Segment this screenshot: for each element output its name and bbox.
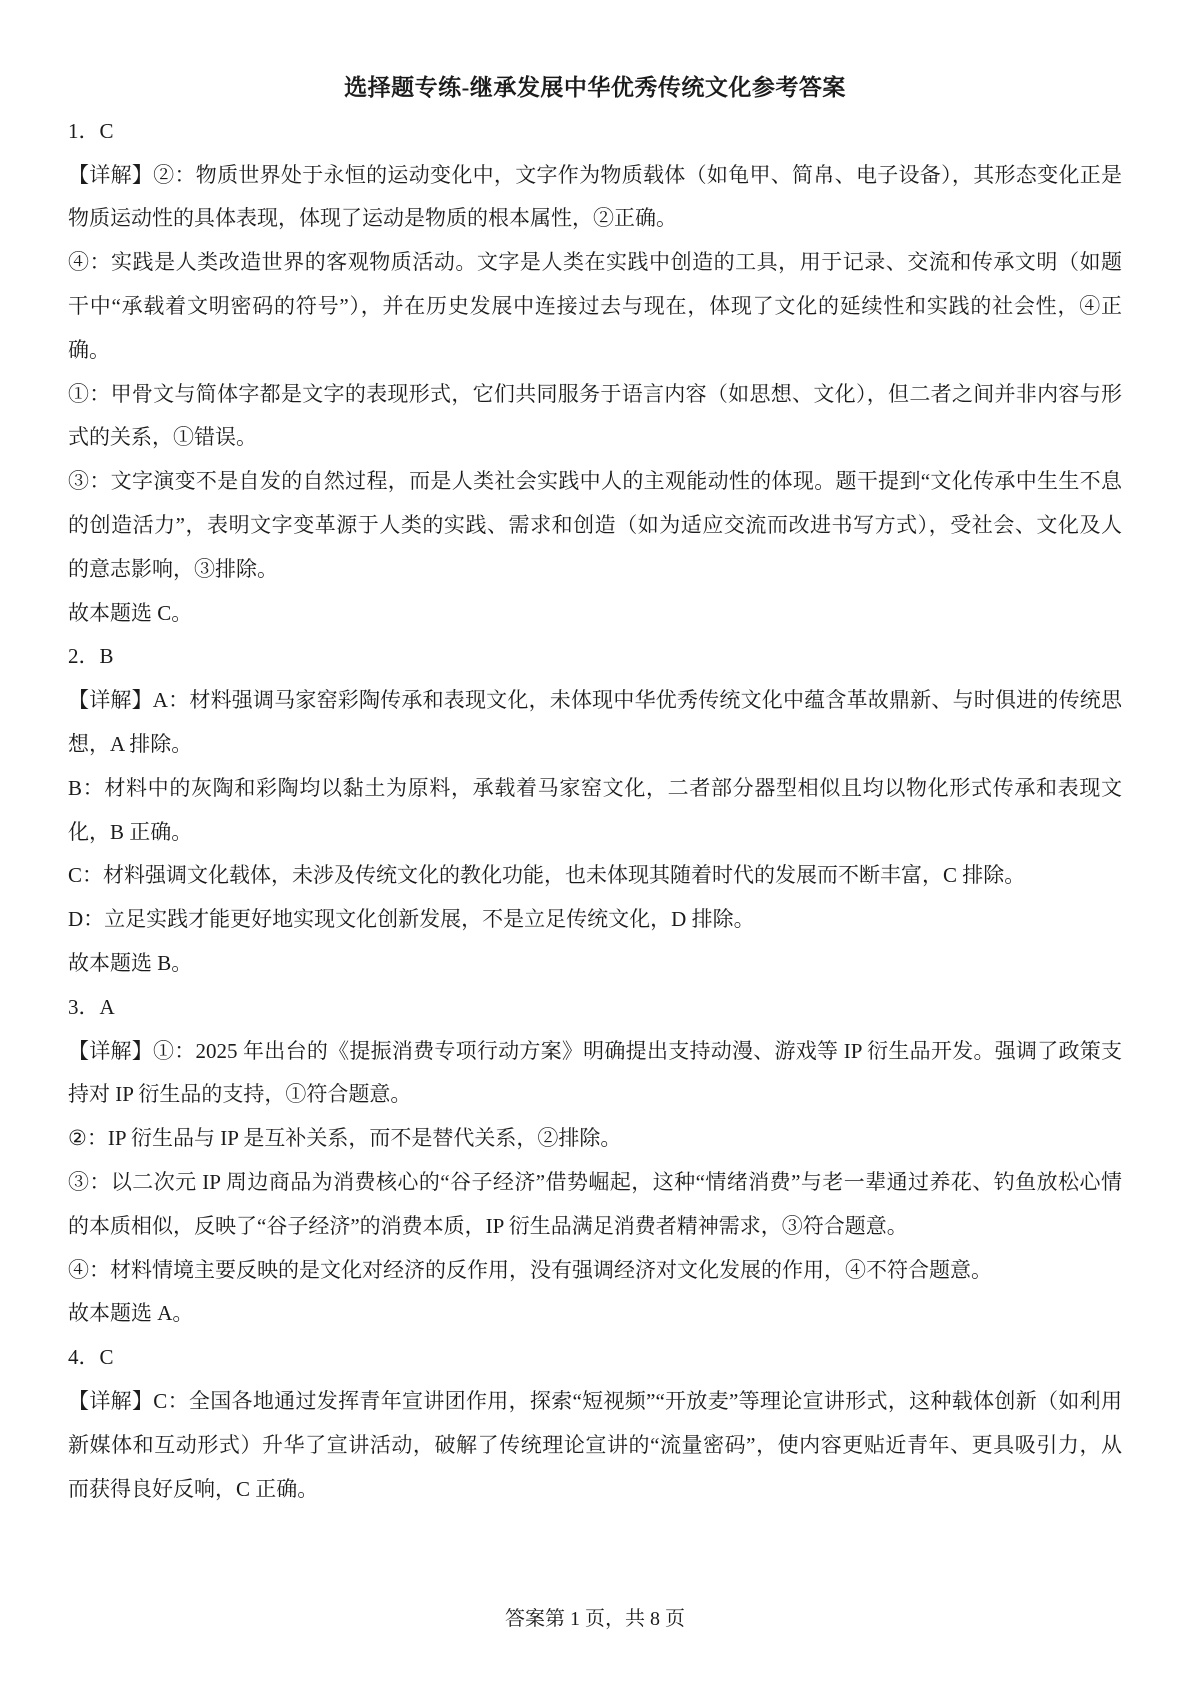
body-line: 的本质相似，反映了“谷子经济”的消费本质，IP 衍生品满足消费者精神需求，③符合… [68, 1205, 1122, 1249]
body-line: ②：IP 衍生品与 IP 是互补关系，而不是替代关系，②排除。 [68, 1117, 1122, 1161]
document-body: 1．C【详解】②：物质世界处于永恒的运动变化中，文字作为物质载体（如龟甲、简帛、… [68, 110, 1122, 1512]
answer-line: 3．A [68, 986, 1122, 1030]
body-line: C：材料强调文化载体，未涉及传统文化的教化功能，也未体现其随着时代的发展而不断丰… [68, 854, 1122, 898]
body-line: 【详解】A：材料强调马家窑彩陶传承和表现文化，未体现中华优秀传统文化中蕴含革故鼎… [68, 679, 1122, 723]
page-footer: 答案第 1 页，共 8 页 [0, 1598, 1190, 1642]
body-line: ①：甲骨文与简体字都是文字的表现形式，它们共同服务于语言内容（如思想、文化），但… [68, 373, 1122, 417]
body-line: 确。 [68, 329, 1122, 373]
body-line: 想，A 排除。 [68, 723, 1122, 767]
body-line: 的意志影响，③排除。 [68, 548, 1122, 592]
body-line: 故本题选 B。 [68, 942, 1122, 986]
body-line: ④：材料情境主要反映的是文化对经济的反作用，没有强调经济对文化发展的作用，④不符… [68, 1249, 1122, 1293]
answer-line: 4．C [68, 1336, 1122, 1380]
answer-line: 2．B [68, 635, 1122, 679]
body-line: 【详解】②：物质世界处于永恒的运动变化中，文字作为物质载体（如龟甲、简帛、电子设… [68, 154, 1122, 198]
body-line: ④：实践是人类改造世界的客观物质活动。文字是人类在实践中创造的工具，用于记录、交… [68, 241, 1122, 285]
body-line: ③：以二次元 IP 周边商品为消费核心的“谷子经济”借势崛起，这种“情绪消费”与… [68, 1161, 1122, 1205]
body-line: 新媒体和互动形式）升华了宣讲活动，破解了传统理论宣讲的“流量密码”，使内容更贴近… [68, 1424, 1122, 1468]
page-title: 选择题专练-继承发展中华优秀传统文化参考答案 [68, 66, 1122, 110]
body-line: 式的关系，①错误。 [68, 416, 1122, 460]
body-line: 【详解】①：2025 年出台的《提振消费专项行动方案》明确提出支持动漫、游戏等 … [68, 1030, 1122, 1074]
body-line: 干中“承载着文明密码的符号”），并在历史发展中连接过去与现在，体现了文化的延续性… [68, 285, 1122, 329]
answer-line: 1．C [68, 110, 1122, 154]
body-line: B：材料中的灰陶和彩陶均以黏土为原料，承载着马家窑文化，二者部分器型相似且均以物… [68, 767, 1122, 811]
body-line: ③：文字演变不是自发的自然过程，而是人类社会实践中人的主观能动性的体现。题干提到… [68, 460, 1122, 504]
body-line: 化，B 正确。 [68, 811, 1122, 855]
body-line: D：立足实践才能更好地实现文化创新发展，不是立足传统文化，D 排除。 [68, 898, 1122, 942]
document-page: 选择题专练-继承发展中华优秀传统文化参考答案 1．C【详解】②：物质世界处于永恒… [0, 0, 1190, 1682]
body-line: 故本题选 A。 [68, 1292, 1122, 1336]
body-line: 物质运动性的具体表现，体现了运动是物质的根本属性，②正确。 [68, 197, 1122, 241]
body-line: 而获得良好反响，C 正确。 [68, 1468, 1122, 1512]
body-line: 故本题选 C。 [68, 592, 1122, 636]
body-line: 持对 IP 衍生品的支持，①符合题意。 [68, 1073, 1122, 1117]
body-line: 【详解】C：全国各地通过发挥青年宣讲团作用，探索“短视频”“开放麦”等理论宣讲形… [68, 1380, 1122, 1424]
body-line: 的创造活力”，表明文字变革源于人类的实践、需求和创造（如为适应交流而改进书写方式… [68, 504, 1122, 548]
